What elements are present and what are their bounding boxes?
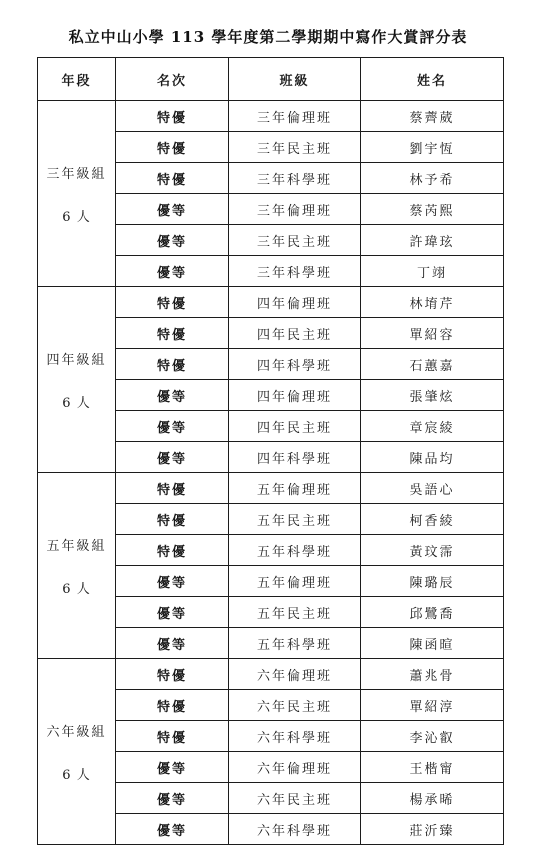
name-cell: 蕭兆骨 <box>361 659 504 690</box>
grade-group-cell: 五年級組6 人 <box>38 473 116 659</box>
name-cell: 陳函暄 <box>361 628 504 659</box>
rank-cell: 優等 <box>116 597 229 628</box>
class-cell: 四年民主班 <box>229 411 361 442</box>
name-cell: 楊承晞 <box>361 783 504 814</box>
header-rank: 名次 <box>116 58 229 101</box>
rank-cell: 優等 <box>116 411 229 442</box>
class-cell: 六年科學班 <box>229 721 361 752</box>
class-cell: 三年倫理班 <box>229 194 361 225</box>
rank-cell: 優等 <box>116 194 229 225</box>
name-cell: 黃玟霈 <box>361 535 504 566</box>
rank-cell: 特優 <box>116 163 229 194</box>
grade-label: 五年級組 <box>38 535 115 554</box>
name-cell: 王楷甯 <box>361 752 504 783</box>
rank-cell: 優等 <box>116 566 229 597</box>
rank-cell: 特優 <box>116 132 229 163</box>
header-grade: 年段 <box>38 58 116 101</box>
name-cell: 邱鷺喬 <box>361 597 504 628</box>
document-page: 私立中山小學 113 學年度第二學期期中寫作大賞評分表 年段 名次 班級 姓名 … <box>0 0 536 867</box>
rank-cell: 優等 <box>116 225 229 256</box>
grade-group-cell: 三年級組6 人 <box>38 101 116 287</box>
name-cell: 陳璐辰 <box>361 566 504 597</box>
class-cell: 三年科學班 <box>229 163 361 194</box>
rank-cell: 特優 <box>116 473 229 504</box>
rank-cell: 優等 <box>116 628 229 659</box>
name-cell: 石蕙嘉 <box>361 349 504 380</box>
name-cell: 劉宇恆 <box>361 132 504 163</box>
grade-label: 三年級組 <box>38 163 115 182</box>
grade-count-label: 6 人 <box>38 578 115 597</box>
header-row: 年段 名次 班級 姓名 <box>38 58 504 101</box>
document-title: 私立中山小學 113 學年度第二學期期中寫作大賞評分表 <box>0 26 536 47</box>
class-cell: 四年倫理班 <box>229 380 361 411</box>
rank-cell: 優等 <box>116 752 229 783</box>
class-cell: 六年倫理班 <box>229 752 361 783</box>
rank-cell: 特優 <box>116 318 229 349</box>
table-row: 四年級組6 人特優四年倫理班林堉芹 <box>38 287 504 318</box>
grade-label: 六年級組 <box>38 721 115 740</box>
table-row: 六年級組6 人特優六年倫理班蕭兆骨 <box>38 659 504 690</box>
class-cell: 四年倫理班 <box>229 287 361 318</box>
grade-count-label: 6 人 <box>38 392 115 411</box>
class-cell: 五年科學班 <box>229 535 361 566</box>
header-name: 姓名 <box>361 58 504 101</box>
rank-cell: 特優 <box>116 535 229 566</box>
name-cell: 許瑋玹 <box>361 225 504 256</box>
name-cell: 林堉芹 <box>361 287 504 318</box>
table-row: 五年級組6 人特優五年倫理班吳語心 <box>38 473 504 504</box>
name-cell: 莊沂臻 <box>361 814 504 845</box>
name-cell: 陳品均 <box>361 442 504 473</box>
rank-cell: 特優 <box>116 659 229 690</box>
header-class: 班級 <box>229 58 361 101</box>
rank-cell: 特優 <box>116 504 229 535</box>
class-cell: 四年科學班 <box>229 349 361 380</box>
rank-cell: 優等 <box>116 783 229 814</box>
name-cell: 吳語心 <box>361 473 504 504</box>
grade-group-cell: 六年級組6 人 <box>38 659 116 845</box>
class-cell: 六年倫理班 <box>229 659 361 690</box>
rank-cell: 特優 <box>116 690 229 721</box>
class-cell: 四年民主班 <box>229 318 361 349</box>
grade-count-label: 6 人 <box>38 764 115 783</box>
class-cell: 六年科學班 <box>229 814 361 845</box>
class-cell: 五年倫理班 <box>229 566 361 597</box>
class-cell: 四年科學班 <box>229 442 361 473</box>
class-cell: 三年科學班 <box>229 256 361 287</box>
class-cell: 三年民主班 <box>229 132 361 163</box>
class-cell: 六年民主班 <box>229 690 361 721</box>
name-cell: 丁翊 <box>361 256 504 287</box>
table-row: 三年級組6 人特優三年倫理班蔡薺葳 <box>38 101 504 132</box>
grade-group-cell: 四年級組6 人 <box>38 287 116 473</box>
class-cell: 六年民主班 <box>229 783 361 814</box>
rank-cell: 優等 <box>116 380 229 411</box>
rank-cell: 特優 <box>116 721 229 752</box>
class-cell: 五年民主班 <box>229 504 361 535</box>
class-cell: 三年倫理班 <box>229 101 361 132</box>
name-cell: 蔡薺葳 <box>361 101 504 132</box>
name-cell: 章宸綾 <box>361 411 504 442</box>
rank-cell: 優等 <box>116 256 229 287</box>
grade-label: 四年級組 <box>38 349 115 368</box>
rank-cell: 優等 <box>116 442 229 473</box>
name-cell: 李沁叡 <box>361 721 504 752</box>
name-cell: 張肇炫 <box>361 380 504 411</box>
score-table: 年段 名次 班級 姓名 三年級組6 人特優三年倫理班蔡薺葳特優三年民主班劉宇恆特… <box>37 57 504 845</box>
class-cell: 五年民主班 <box>229 597 361 628</box>
name-cell: 林予希 <box>361 163 504 194</box>
class-cell: 五年科學班 <box>229 628 361 659</box>
name-cell: 柯香綾 <box>361 504 504 535</box>
class-cell: 五年倫理班 <box>229 473 361 504</box>
name-cell: 單紹容 <box>361 318 504 349</box>
name-cell: 單紹淳 <box>361 690 504 721</box>
rank-cell: 優等 <box>116 814 229 845</box>
rank-cell: 特優 <box>116 349 229 380</box>
name-cell: 蔡芮熙 <box>361 194 504 225</box>
table-body: 三年級組6 人特優三年倫理班蔡薺葳特優三年民主班劉宇恆特優三年科學班林予希優等三… <box>38 101 504 845</box>
grade-count-label: 6 人 <box>38 206 115 225</box>
rank-cell: 特優 <box>116 101 229 132</box>
rank-cell: 特優 <box>116 287 229 318</box>
class-cell: 三年民主班 <box>229 225 361 256</box>
